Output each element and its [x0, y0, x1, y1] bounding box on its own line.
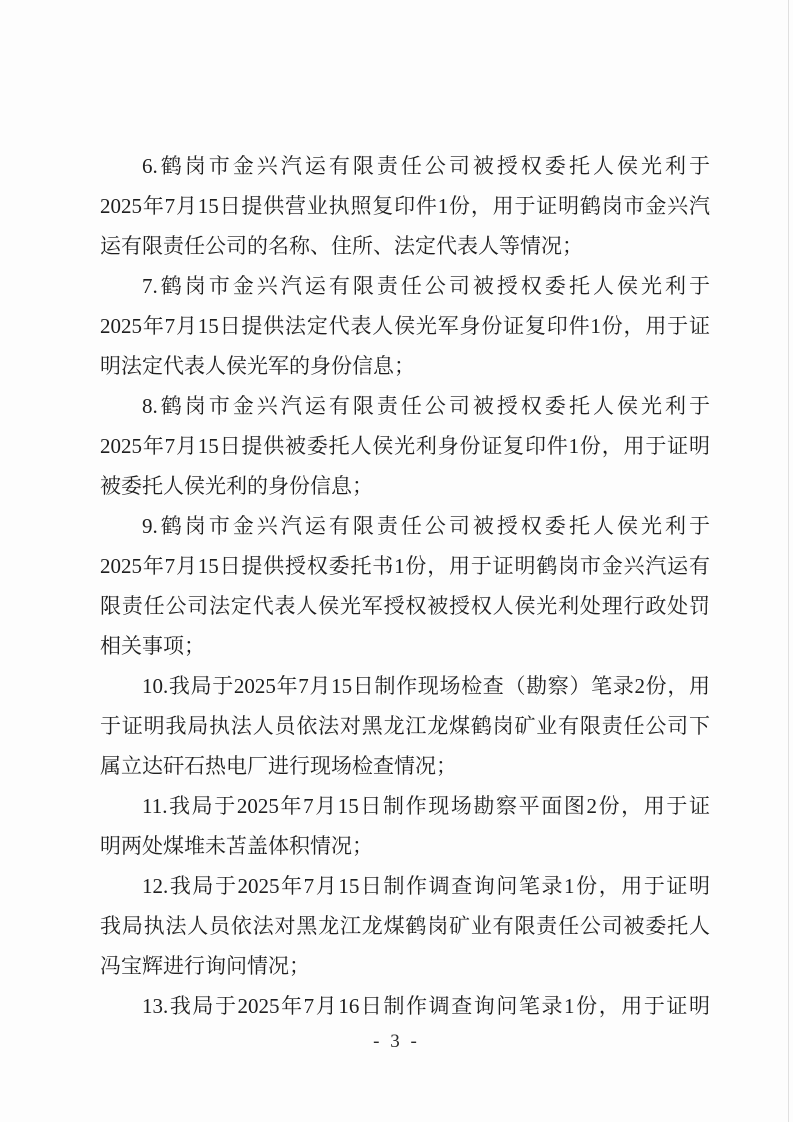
text-line: 7.鹤岗市金兴汽运有限责任公司被授权委托人侯光利于 — [100, 266, 710, 306]
text-line: 6.鹤岗市金兴汽运有限责任公司被授权委托人侯光利于 — [100, 146, 710, 186]
text-line: 明两处煤堆未苫盖体积情况； — [100, 826, 710, 866]
text-line: 相关事项； — [100, 626, 710, 666]
text-line: 冯宝辉进行询问情况； — [100, 946, 710, 986]
document-body: 6.鹤岗市金兴汽运有限责任公司被授权委托人侯光利于 2025年7月15日提供营业… — [100, 146, 710, 1026]
text-line: 2025年7月15日提供授权委托书1份，用于证明鹤岗市金兴汽运有 — [100, 546, 710, 586]
text-line: 2025年7月15日提供法定代表人侯光军身份证复印件1份，用于证 — [100, 306, 710, 346]
text-line: 被委托人侯光利的身份信息； — [100, 466, 710, 506]
page-number: - 3 - — [0, 1031, 793, 1053]
text-line: 9.鹤岗市金兴汽运有限责任公司被授权委托人侯光利于 — [100, 506, 710, 546]
text-line: 12.我局于2025年7月15日制作调查询问笔录1份，用于证明 — [100, 866, 710, 906]
text-line: 2025年7月15日提供营业执照复印件1份，用于证明鹤岗市金兴汽 — [100, 186, 710, 226]
text-line: 于证明我局执法人员依法对黑龙江龙煤鹤岗矿业有限责任公司下 — [100, 706, 710, 746]
paragraph-12: 12.我局于2025年7月15日制作调查询问笔录1份，用于证明 我局执法人员依法… — [100, 866, 710, 986]
paragraph-6: 6.鹤岗市金兴汽运有限责任公司被授权委托人侯光利于 2025年7月15日提供营业… — [100, 146, 710, 266]
paragraph-13: 13.我局于2025年7月16日制作调查询问笔录1份，用于证明 — [100, 986, 710, 1026]
paragraph-8: 8.鹤岗市金兴汽运有限责任公司被授权委托人侯光利于 2025年7月15日提供被委… — [100, 386, 710, 506]
text-line: 属立达矸石热电厂进行现场检查情况； — [100, 746, 710, 786]
text-line: 11.我局于2025年7月15日制作现场勘察平面图2份，用于证 — [100, 786, 710, 826]
paragraph-10: 10.我局于2025年7月15日制作现场检查（勘察）笔录2份，用 于证明我局执法… — [100, 666, 710, 786]
scan-edge-line — [788, 0, 789, 1122]
document-page: 6.鹤岗市金兴汽运有限责任公司被授权委托人侯光利于 2025年7月15日提供营业… — [0, 0, 793, 1122]
text-line: 明法定代表人侯光军的身份信息； — [100, 346, 710, 386]
text-line: 13.我局于2025年7月16日制作调查询问笔录1份，用于证明 — [100, 986, 710, 1026]
text-line: 我局执法人员依法对黑龙江龙煤鹤岗矿业有限责任公司被委托人 — [100, 906, 710, 946]
text-line: 运有限责任公司的名称、住所、法定代表人等情况； — [100, 226, 710, 266]
paragraph-7: 7.鹤岗市金兴汽运有限责任公司被授权委托人侯光利于 2025年7月15日提供法定… — [100, 266, 710, 386]
paragraph-11: 11.我局于2025年7月15日制作现场勘察平面图2份，用于证 明两处煤堆未苫盖… — [100, 786, 710, 866]
paragraph-9: 9.鹤岗市金兴汽运有限责任公司被授权委托人侯光利于 2025年7月15日提供授权… — [100, 506, 710, 666]
text-line: 10.我局于2025年7月15日制作现场检查（勘察）笔录2份，用 — [100, 666, 710, 706]
text-line: 限责任公司法定代表人侯光军授权被授权人侯光利处理行政处罚 — [100, 586, 710, 626]
text-line: 8.鹤岗市金兴汽运有限责任公司被授权委托人侯光利于 — [100, 386, 710, 426]
text-line: 2025年7月15日提供被委托人侯光利身份证复印件1份，用于证明 — [100, 426, 710, 466]
